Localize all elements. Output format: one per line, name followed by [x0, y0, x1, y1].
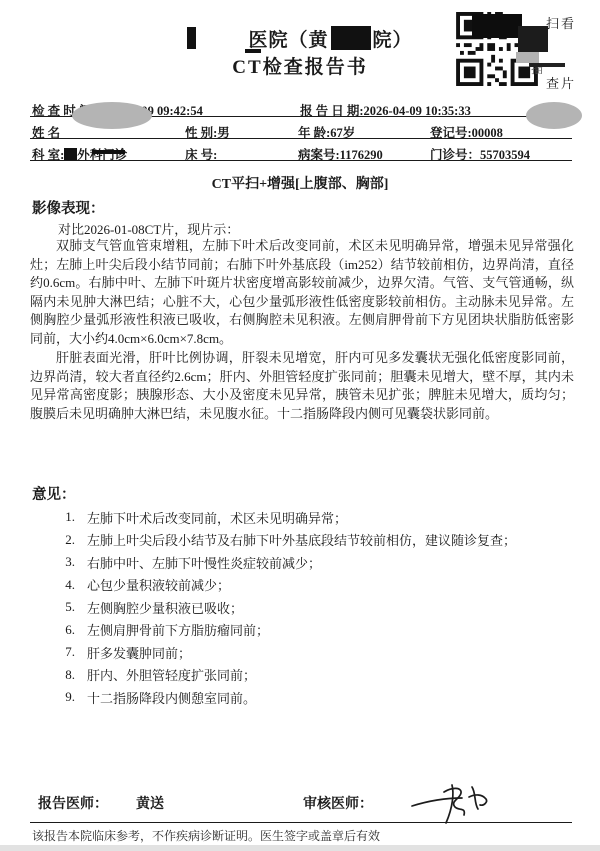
opinion-item-text: 右肺中叶、左肺下叶慢性炎症较前减少；: [87, 553, 321, 572]
opinion-item-number: 2.: [55, 532, 75, 548]
opinion-item-number: 7.: [55, 644, 75, 660]
findings-paragraph-chest: 双肺支气管血管束增粗，左肺下叶术后改变同前，术区未见明确异常，增强未见异常强化灶…: [30, 237, 574, 349]
opinion-item: 3.右肺中叶、左肺下叶慢性炎症较前减少；: [55, 551, 555, 574]
opinion-item: 9.十二指肠降段内侧憩室同前。: [55, 686, 555, 709]
findings-heading: 影像表现：: [32, 197, 105, 218]
opinion-item-number: 8.: [55, 667, 75, 683]
opinion-item: 2.左肺上叶尖后段小结节及右肺下叶外基底段结节较前相仿，建议随诊复查；: [55, 529, 555, 552]
opinion-item: 7.肝多发囊肿同前；: [55, 641, 555, 664]
opinion-item: 1.左肺下叶术后改变同前，术区未见明确异常；: [55, 506, 555, 529]
opinion-item-text: 左肺上叶尖后段小结节及右肺下叶外基底段结节较前相仿，建议随诊复查；: [87, 530, 516, 549]
redaction-box: [472, 14, 522, 38]
divider-line: [30, 160, 572, 161]
opinion-item-number: 3.: [55, 554, 75, 570]
footer-divider-line: [30, 822, 572, 823]
hospital-name-visible: 医院（黄: [248, 25, 328, 52]
review-doctor-signature-icon: [406, 775, 506, 827]
opinion-item-number: 5.: [55, 599, 75, 615]
findings-compare-line: 对比2026-01-08CT片，现片示：: [58, 219, 239, 238]
qr-label-top: 扫看: [546, 13, 576, 32]
opinion-item-text: 肝内、外胆管轻度扩张同前；: [87, 665, 256, 684]
opinion-item: 8.肝内、外胆管轻度扩张同前；: [55, 664, 555, 687]
redaction-box: [187, 27, 196, 49]
qr-label-bottom: 查片: [546, 73, 576, 92]
opinion-heading: 意见：: [32, 483, 76, 504]
opinion-item-number: 6.: [55, 622, 75, 638]
divider-line: [30, 138, 572, 139]
opinion-item: 6.左侧肩胛骨前下方脂肪瘤同前；: [55, 619, 555, 642]
redaction-box: [518, 26, 548, 52]
redaction-blob-registration: [526, 102, 582, 129]
ct-report-page: 医院（黄 院） CT检查报告书: [0, 0, 600, 851]
opinion-item-text: 心包少量积液较前减少；: [87, 575, 230, 594]
qr-code-block: 描 扫看 查片: [455, 12, 595, 88]
report-header: 医院（黄 院） CT检查报告书: [0, 0, 600, 98]
review-doctor-label: 审核医师：: [303, 793, 373, 813]
opinion-item-number: 4.: [55, 577, 75, 593]
opinion-item: 4.心包少量积液较前减少；: [55, 574, 555, 597]
opinion-item: 5.左侧胸腔少量积液已吸收；: [55, 596, 555, 619]
findings-paragraph-abdomen: 肝脏表面光滑，肝叶比例协调，肝裂未见增宽，肝内可见多发囊状无强化低密度影同前，边…: [30, 349, 574, 423]
opinion-item-text: 左侧肩胛骨前下方脂肪瘤同前；: [87, 620, 269, 639]
opinion-list: 1.左肺下叶术后改变同前，术区未见明确异常； 2.左肺上叶尖后段小结节及右肺下叶…: [55, 506, 555, 709]
opinion-item-text: 肝多发囊肿同前；: [87, 643, 191, 662]
opinion-item-text: 左侧胸腔少量积液已吸收；: [87, 598, 243, 617]
hospital-name-suffix: 院）: [373, 25, 413, 52]
redaction-box: [331, 26, 371, 50]
report-doctor-label: 报告医师：: [38, 793, 108, 813]
redaction-box: [64, 148, 77, 160]
scan-edge-bar: [0, 845, 600, 851]
disclaimer-text: 该报告本院临床参考，不作疾病诊断证明。医生签字或盖章后有效: [32, 827, 380, 844]
opinion-item-text: 左肺下叶术后改变同前，术区未见明确异常；: [87, 508, 347, 527]
opinion-item-text: 十二指肠降段内侧憩室同前。: [87, 688, 256, 707]
redaction-blob-patient-name: [72, 102, 152, 129]
exam-type-title: CT平扫+增强[上腹部、胸部]: [0, 173, 600, 193]
redaction-strike: [92, 150, 125, 154]
redaction-strike: [529, 63, 565, 67]
report-doctor-name: 黄送: [136, 793, 164, 813]
opinion-item-number: 9.: [55, 689, 75, 705]
opinion-item-number: 1.: [55, 509, 75, 525]
